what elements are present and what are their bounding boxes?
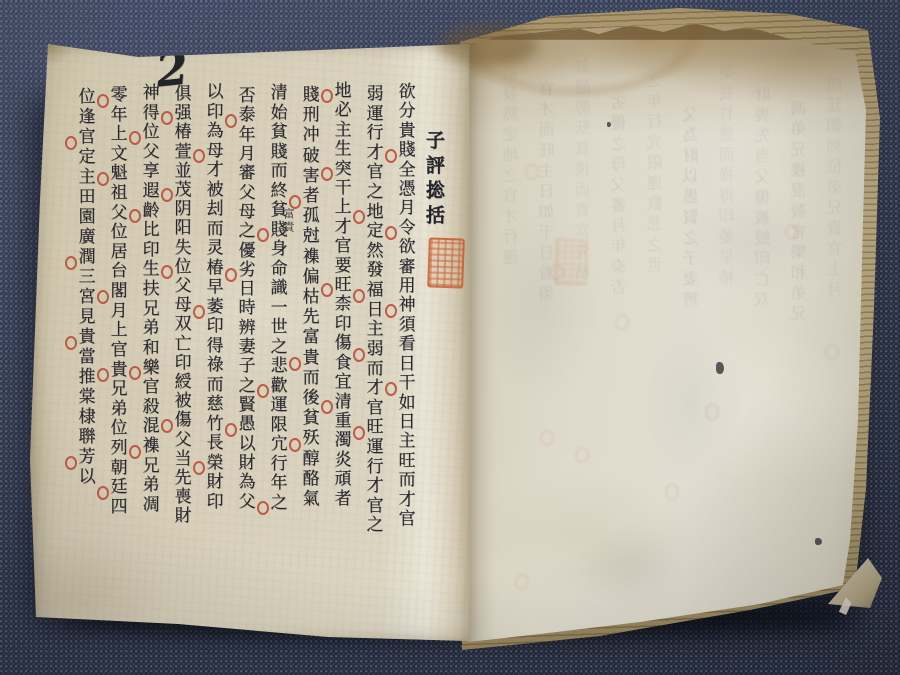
photo-scene: 福發然定地之官才行運官才而旺主日如干日看須氣酪醇殀貧後而貴富先枯劣優之母父審月年… xyxy=(0,0,900,675)
left-page: 2 子評捴括 欲分貴賤全憑月令欲審用神須看日干如日主旺而才官弱運行才官之地定然發… xyxy=(28,40,470,646)
circle-bleedthrough xyxy=(785,224,799,240)
manuscript-column: 欲分貴賤全憑月令欲審用神須看日干如日主旺而才官 xyxy=(394,82,414,528)
manuscript-column: 地必主生突干上才官要旺柰印傷食宜清重濁炎頑者 xyxy=(330,81,350,508)
ink-speck xyxy=(815,538,822,545)
circle-bleedthrough xyxy=(665,484,679,500)
interlinear-note: 富貴 xyxy=(280,208,296,234)
circle-bleedthrough xyxy=(525,164,539,180)
circle-bleedthrough xyxy=(540,430,554,446)
manuscript-column: 賤刑冲破害者孤尅襍偏枯先富貴而後貧殀醇酪氣 xyxy=(298,85,318,509)
manuscript-column: 神得位父享遐齡比印生扶兄弟和樂官殺混襍兄弟凋 xyxy=(138,83,158,514)
manuscript-column: 否泰年月審父母之優劣日時辨妻子之賢愚以財為父 xyxy=(234,86,254,511)
circle-bleedthrough xyxy=(615,314,629,330)
manuscript-column: 清始貧賤而終貧賤身命識一世之悲歡運限宂行年之 xyxy=(266,83,286,512)
manuscript-column: 以印為母才被刦而灵椿早萎印得祿而慈竹長榮財印 xyxy=(202,82,222,511)
manuscript-column: 位逢官定主田園廣潤三宮見貴當推棠棣聨芳以 xyxy=(74,87,94,487)
manuscript-column: 弱運行才官之地定然發福日主弱而才官旺運行才官之 xyxy=(362,84,382,535)
manuscript-column: 零年上文魁祖父位居台閣月上官貴兄弟位列朝廷四 xyxy=(106,85,126,516)
circle-bleedthrough xyxy=(825,344,839,360)
manuscript-column: 俱强椿萱並茂阴阳失位父母双亡印綬被傷父当先喪財 xyxy=(170,84,190,526)
spine-stain xyxy=(438,24,538,66)
seal-bleedthrough xyxy=(554,238,588,285)
right-page: 福發然定地之官才行運官才而旺主日如干日看須氣酪醇殀貧後而貴富先枯劣優之母父審月年… xyxy=(455,14,887,664)
circle-bleedthrough xyxy=(705,404,719,420)
ink-speck xyxy=(716,362,724,374)
circle-bleedthrough xyxy=(515,574,529,590)
circle-bleedthrough xyxy=(575,447,589,463)
manuscript-text: 欲分貴賤全憑月令欲審用神須看日干如日主旺而才官弱運行才官之地定然發福日主弱而才官… xyxy=(28,40,470,646)
